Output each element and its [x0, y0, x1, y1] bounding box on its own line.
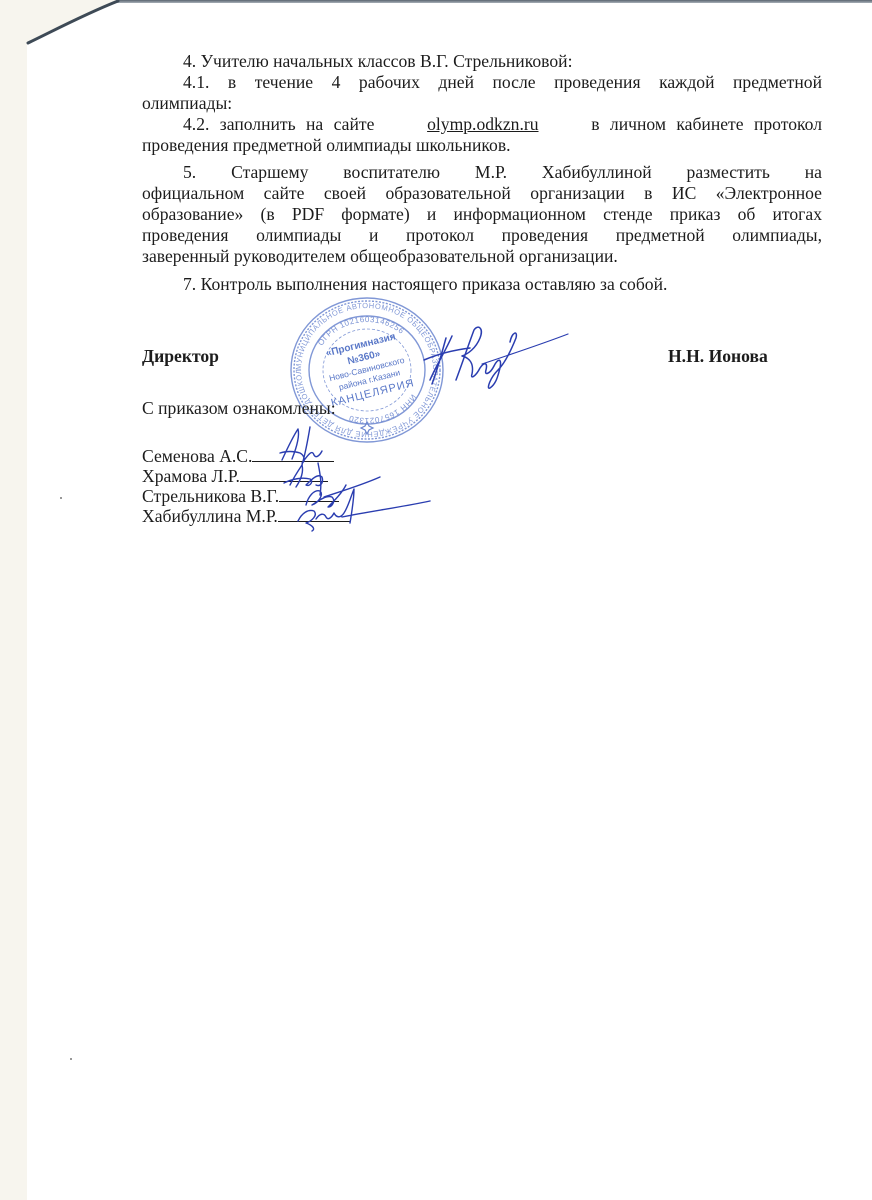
olymp-site-link[interactable]: olymp.odkzn.ru	[427, 114, 538, 135]
scan-speck	[60, 497, 62, 499]
paragraph-5-line-2: официальном сайте своей образовательной …	[142, 183, 822, 204]
signer-name: Храмова Л.Р.	[142, 466, 240, 486]
page-top-edge	[110, 0, 872, 3]
paragraph-5-line-3: образование» (в PDF формате) и информаци…	[142, 204, 822, 225]
signer-signatures	[262, 425, 432, 535]
paragraph-4-1-line-1: 4.1. в течение 4 рабочих дней после пров…	[183, 72, 822, 93]
scan-speck	[70, 1058, 72, 1060]
paragraph-7: 7. Контроль выполнения настоящего приказ…	[183, 274, 667, 295]
signer-name: Стрельникова В.Г.	[142, 486, 279, 506]
acknowledgement-heading: С приказом ознакомлены:	[142, 398, 336, 419]
director-name: Н.Н. Ионова	[668, 346, 768, 367]
paragraph-4-2-line-2: проведения предметной олимпиады школьник…	[142, 135, 511, 156]
folded-corner	[0, 0, 120, 45]
director-signature	[412, 318, 572, 398]
signature-strelnikova	[306, 477, 380, 507]
signer-name: Хабибуллина М.Р.	[142, 506, 278, 526]
paragraph-4-2-suffix: в личном кабинете протокол	[591, 114, 822, 135]
paragraph-4-2-line-1: 4.2. заполнить на сайте olymp.odkzn.ru в…	[183, 114, 822, 135]
paragraph-5-line-1: 5. Старшему воспитателю М.Р. Хабибуллино…	[183, 162, 822, 183]
director-title: Директор	[142, 346, 219, 367]
signer-name: Семенова А.С.	[142, 446, 252, 466]
paragraph-4: 4. Учителю начальных классов В.Г. Стрель…	[183, 51, 572, 72]
paragraph-4-1-line-2: олимпиады:	[142, 93, 232, 114]
signature-semenova	[280, 427, 322, 465]
paragraph-5-line-4: проведения олимпиады и протокол проведен…	[142, 225, 822, 246]
paragraph-5-line-5: заверенный руководителем общеобразовател…	[142, 246, 618, 267]
paragraph-4-2-prefix: 4.2. заполнить на сайте	[183, 114, 374, 135]
signature-khabibullina	[298, 489, 430, 531]
